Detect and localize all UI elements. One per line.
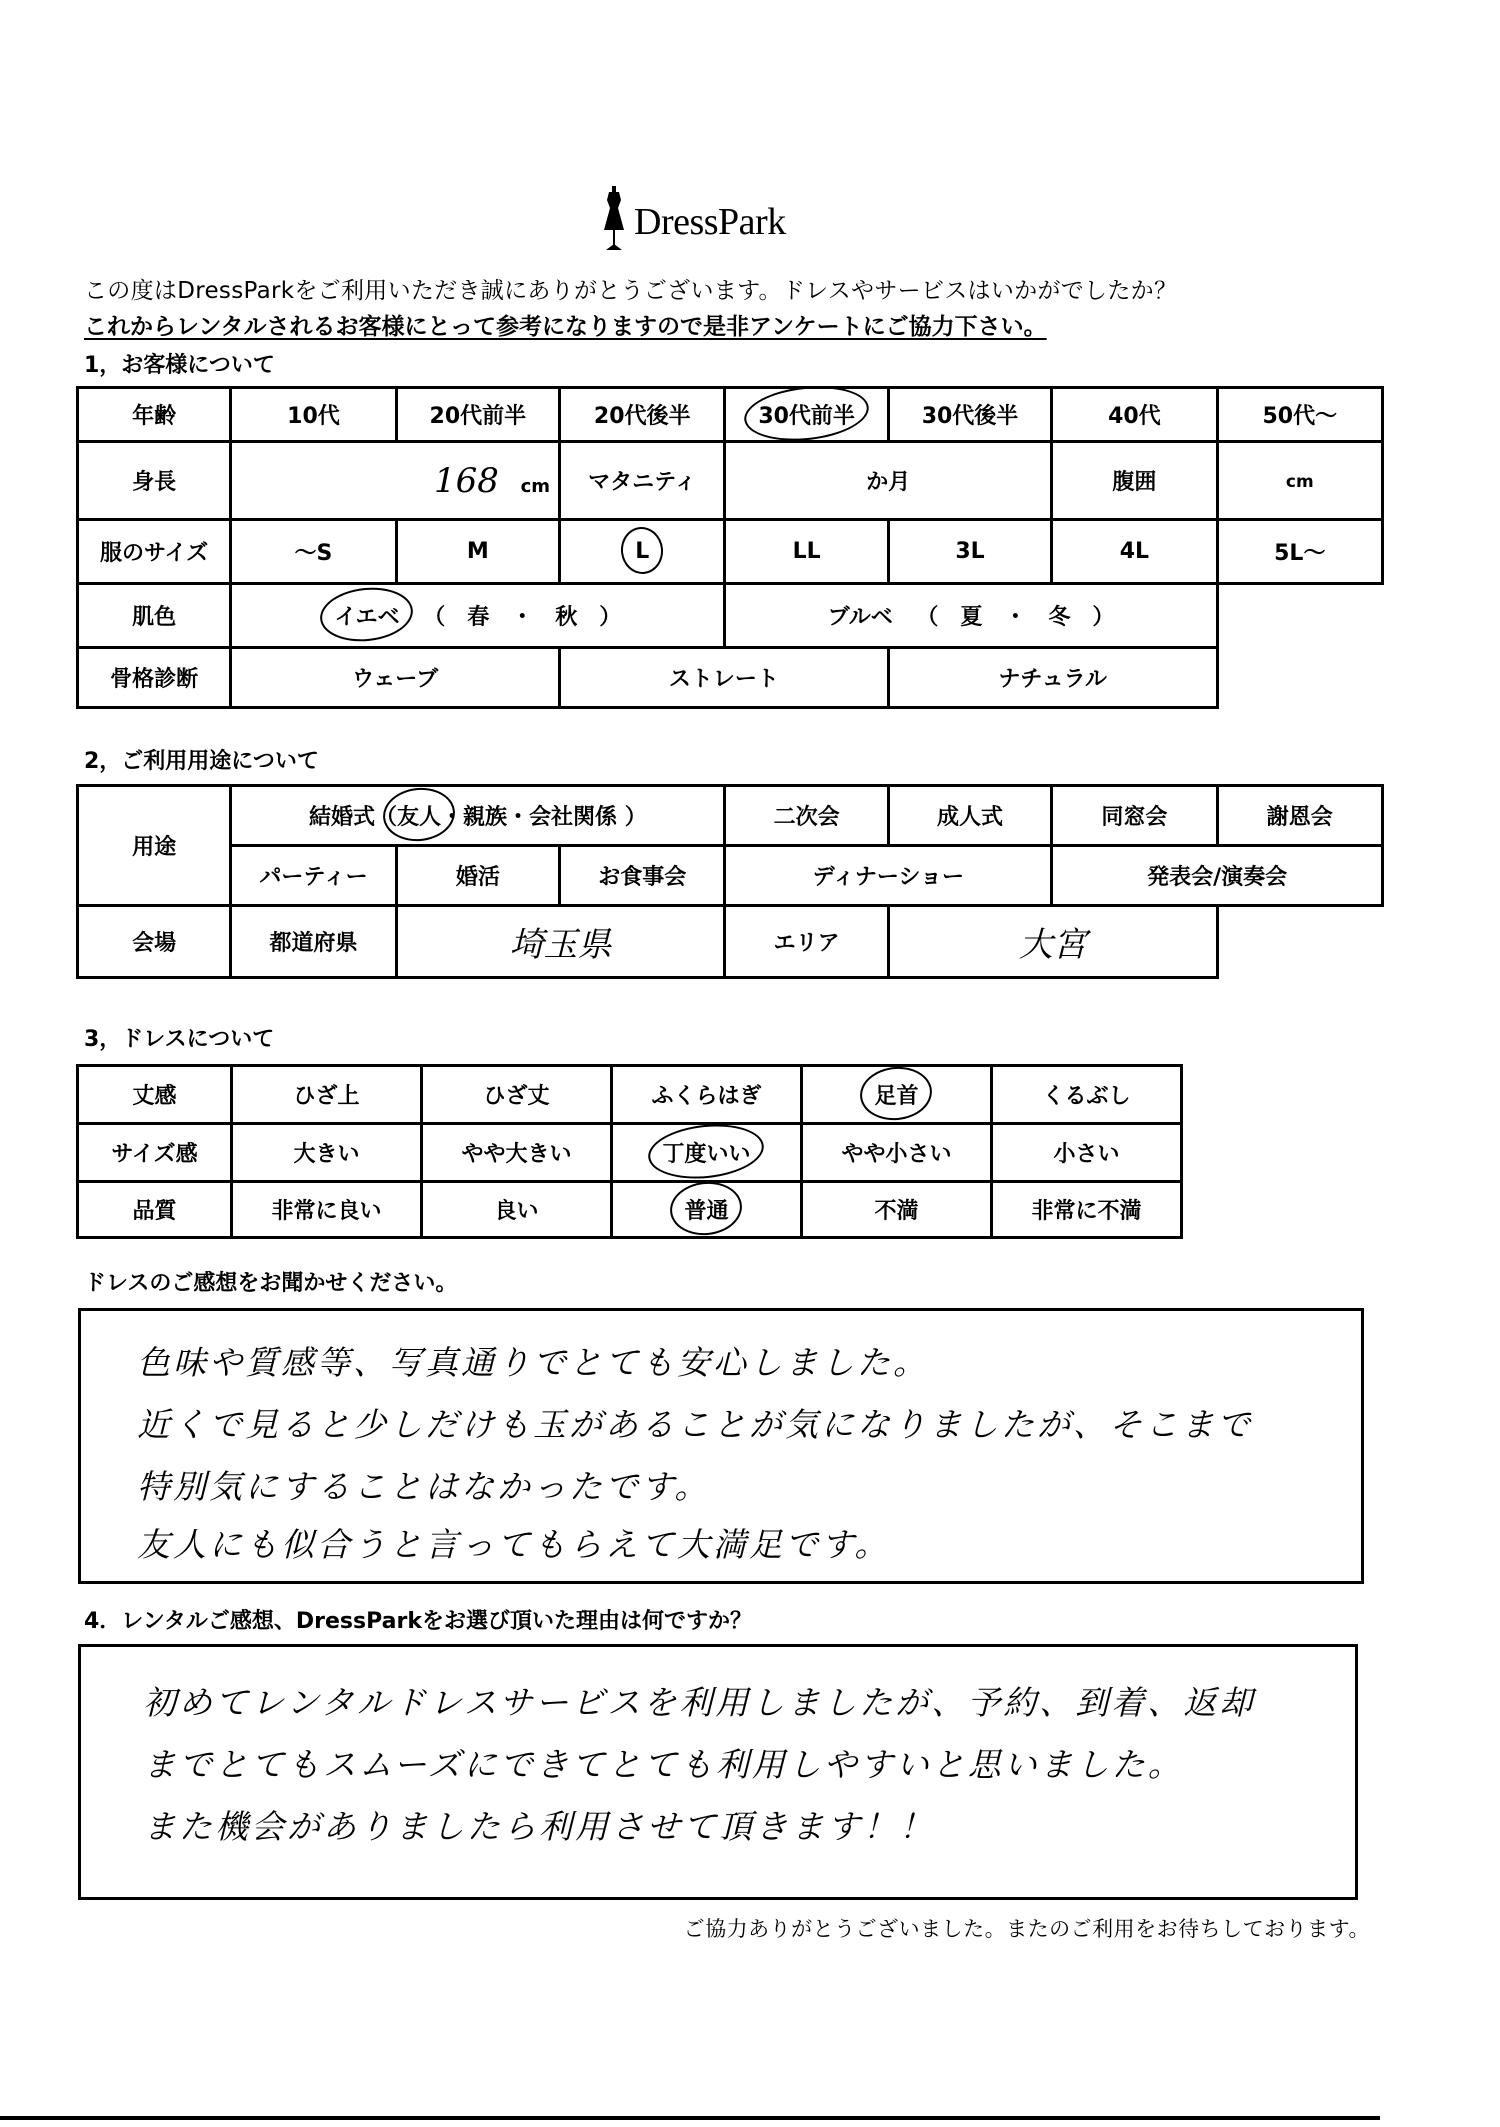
logo: DressPark (600, 186, 786, 258)
intro-text: この度はDressParkをご利用いただき誠にありがとうございます。ドレスやサー… (84, 272, 1177, 305)
purpose-option[interactable]: 発表会/演奏会 (1052, 846, 1383, 906)
purpose-wedding[interactable]: 結婚式（友人・親族・会社関係 ） (231, 786, 725, 846)
prefecture-label: 都道府県 (231, 906, 396, 978)
comment-line: 初めてレンタルドレスサービスを利用しましたが、予約、到着、返却 (143, 1677, 1255, 1724)
comment-line: 色味や質感等、写真通りでとても安心しました。 (137, 1337, 929, 1384)
length-option[interactable]: ひざ上 (232, 1066, 422, 1124)
waist-label: 腹囲 (1052, 442, 1217, 520)
height-label: 身長 (78, 442, 231, 520)
quality-label: 品質 (78, 1182, 232, 1238)
purpose-option[interactable]: パーティー (231, 846, 396, 906)
section4-title: 4．レンタルご感想、DressParkをお選び頂いた理由は何ですか？ (84, 1604, 752, 1635)
dress-table: 丈感 ひざ上 ひざ丈 ふくらはぎ 足首 くるぶし サイズ感 大きい やや大きい … (76, 1064, 1183, 1239)
purpose-table: 用途 結婚式（友人・親族・会社関係 ） 二次会 成人式 同窓会 謝恩会 パーティ… (76, 784, 1384, 979)
age-label: 年齢 (78, 388, 231, 442)
size-label: 服のサイズ (78, 520, 231, 584)
dress-comment-box[interactable]: 色味や質感等、写真通りでとても安心しました。 近くで見ると少しだけも玉があること… (78, 1308, 1364, 1584)
frame-row: 骨格診断 ウェーブ ストレート ナチュラル (78, 648, 1383, 708)
comment-line: までとてもスムーズにできてとても利用しやすいと思いました。 (143, 1739, 1184, 1786)
length-option[interactable]: ひざ丈 (422, 1066, 612, 1124)
purpose-option[interactable]: ディナーショー (725, 846, 1052, 906)
height-value: 168 (434, 461, 499, 501)
area-field[interactable]: 大宮 (888, 906, 1217, 978)
section3-title: 3，ドレスについて (84, 1022, 274, 1053)
size-option[interactable]: 5L～ (1217, 520, 1382, 584)
age-row: 年齢 10代 20代前半 20代後半 30代前半 30代後半 40代 50代～ (78, 388, 1383, 442)
size-row: 服のサイズ ～S M L LL 3L 4L 5L～ (78, 520, 1383, 584)
purpose-option[interactable]: 同窓会 (1052, 786, 1217, 846)
venue-label: 会場 (78, 906, 231, 978)
comment-line: 友人にも似合うと言ってもらえて大満足です。 (137, 1519, 890, 1566)
age-option[interactable]: 50代～ (1217, 388, 1382, 442)
quality-option[interactable]: 非常に良い (232, 1182, 422, 1238)
area-label: エリア (725, 906, 888, 978)
quality-row: 品質 非常に良い 良い 普通 不満 非常に不満 (78, 1182, 1182, 1238)
maternity-label: マタニティ (560, 442, 725, 520)
length-option[interactable]: くるぶし (992, 1066, 1182, 1124)
empty-cell (1217, 648, 1382, 708)
age-option[interactable]: 30代後半 (888, 388, 1051, 442)
fit-option[interactable]: 小さい (992, 1124, 1182, 1182)
purpose-label: 用途 (78, 786, 231, 906)
purpose-option[interactable]: 婚活 (396, 846, 559, 906)
logo-text: DressPark (634, 200, 786, 244)
size-option[interactable]: 3L (888, 520, 1051, 584)
length-option-selected[interactable]: 足首 (802, 1066, 992, 1124)
size-option[interactable]: M (396, 520, 559, 584)
purpose-option[interactable]: お食事会 (560, 846, 725, 906)
maternity-field[interactable]: か月 (725, 442, 1052, 520)
rental-comment-box[interactable]: 初めてレンタルドレスサービスを利用しましたが、予約、到着、返却 までとてもスムー… (78, 1644, 1358, 1900)
fit-option[interactable]: やや大きい (422, 1124, 612, 1182)
comment-line: 特別気にすることはなかったです。 (137, 1461, 710, 1508)
skin-option-blue[interactable]: ブルベ （ 夏 ・ 冬 ） (725, 584, 1217, 648)
size-option-selected[interactable]: L (560, 520, 725, 584)
length-label: 丈感 (78, 1066, 232, 1124)
intro-request: これからレンタルされるお客様にとって参考になりますので是非アンケートにご協力下さ… (84, 308, 1047, 341)
purpose-option[interactable]: 二次会 (725, 786, 888, 846)
age-option[interactable]: 20代後半 (560, 388, 725, 442)
section2-title: 2，ご利用用途について (84, 744, 319, 775)
quality-option[interactable]: 良い (422, 1182, 612, 1238)
age-option[interactable]: 10代 (231, 388, 396, 442)
purpose-option[interactable]: 成人式 (888, 786, 1051, 846)
dress-mannequin-icon (600, 186, 628, 258)
age-option-selected[interactable]: 30代前半 (725, 388, 888, 442)
size-option[interactable]: ～S (231, 520, 396, 584)
skin-row: 肌色 イエベ （ 春 ・ 秋 ） ブルベ （ 夏 ・ 冬 ） (78, 584, 1383, 648)
dress-comment-title: ドレスのご感想をお聞かせください。 (84, 1266, 457, 1297)
size-option[interactable]: LL (725, 520, 888, 584)
section1-title: 1，お客様について (84, 348, 275, 379)
quality-option-selected[interactable]: 普通 (612, 1182, 802, 1238)
fit-row: サイズ感 大きい やや大きい 丁度いい やや小さい 小さい (78, 1124, 1182, 1182)
fit-label: サイズ感 (78, 1124, 232, 1182)
age-option[interactable]: 20代前半 (396, 388, 559, 442)
skin-label: 肌色 (78, 584, 231, 648)
empty-cell (1217, 584, 1382, 648)
prefecture-field[interactable]: 埼玉県 (396, 906, 725, 978)
length-option[interactable]: ふくらはぎ (612, 1066, 802, 1124)
fit-option-selected[interactable]: 丁度いい (612, 1124, 802, 1182)
height-row: 身長 168 cm マタニティ か月 腹囲 cm (78, 442, 1383, 520)
height-unit: cm (521, 476, 550, 497)
fit-option[interactable]: 大きい (232, 1124, 422, 1182)
frame-option[interactable]: ストレート (560, 648, 889, 708)
fit-option[interactable]: やや小さい (802, 1124, 992, 1182)
quality-option[interactable]: 非常に不満 (992, 1182, 1182, 1238)
empty-cell (1217, 906, 1382, 978)
comment-line: また機会がありましたら利用させて頂きます！！ (143, 1801, 935, 1848)
customer-table: 年齢 10代 20代前半 20代後半 30代前半 30代後半 40代 50代～ … (76, 386, 1384, 709)
height-field[interactable]: 168 cm (231, 442, 560, 520)
length-row: 丈感 ひざ上 ひざ丈 ふくらはぎ 足首 くるぶし (78, 1066, 1182, 1124)
frame-option[interactable]: ウェーブ (231, 648, 560, 708)
scan-edge-line (0, 2116, 1380, 2120)
frame-option[interactable]: ナチュラル (888, 648, 1217, 708)
age-option[interactable]: 40代 (1052, 388, 1217, 442)
skin-option-yellow[interactable]: イエベ （ 春 ・ 秋 ） (231, 584, 725, 648)
size-option[interactable]: 4L (1052, 520, 1217, 584)
purpose-option[interactable]: 謝恩会 (1217, 786, 1382, 846)
waist-field[interactable]: cm (1217, 442, 1382, 520)
quality-option[interactable]: 不満 (802, 1182, 992, 1238)
footer-thanks: ご協力ありがとうございました。またのご利用をお待ちしております。 (684, 1913, 1370, 1943)
comment-line: 近くで見ると少しだけも玉があることが気になりましたが、そこまで (137, 1399, 1253, 1446)
frame-label: 骨格診断 (78, 648, 231, 708)
